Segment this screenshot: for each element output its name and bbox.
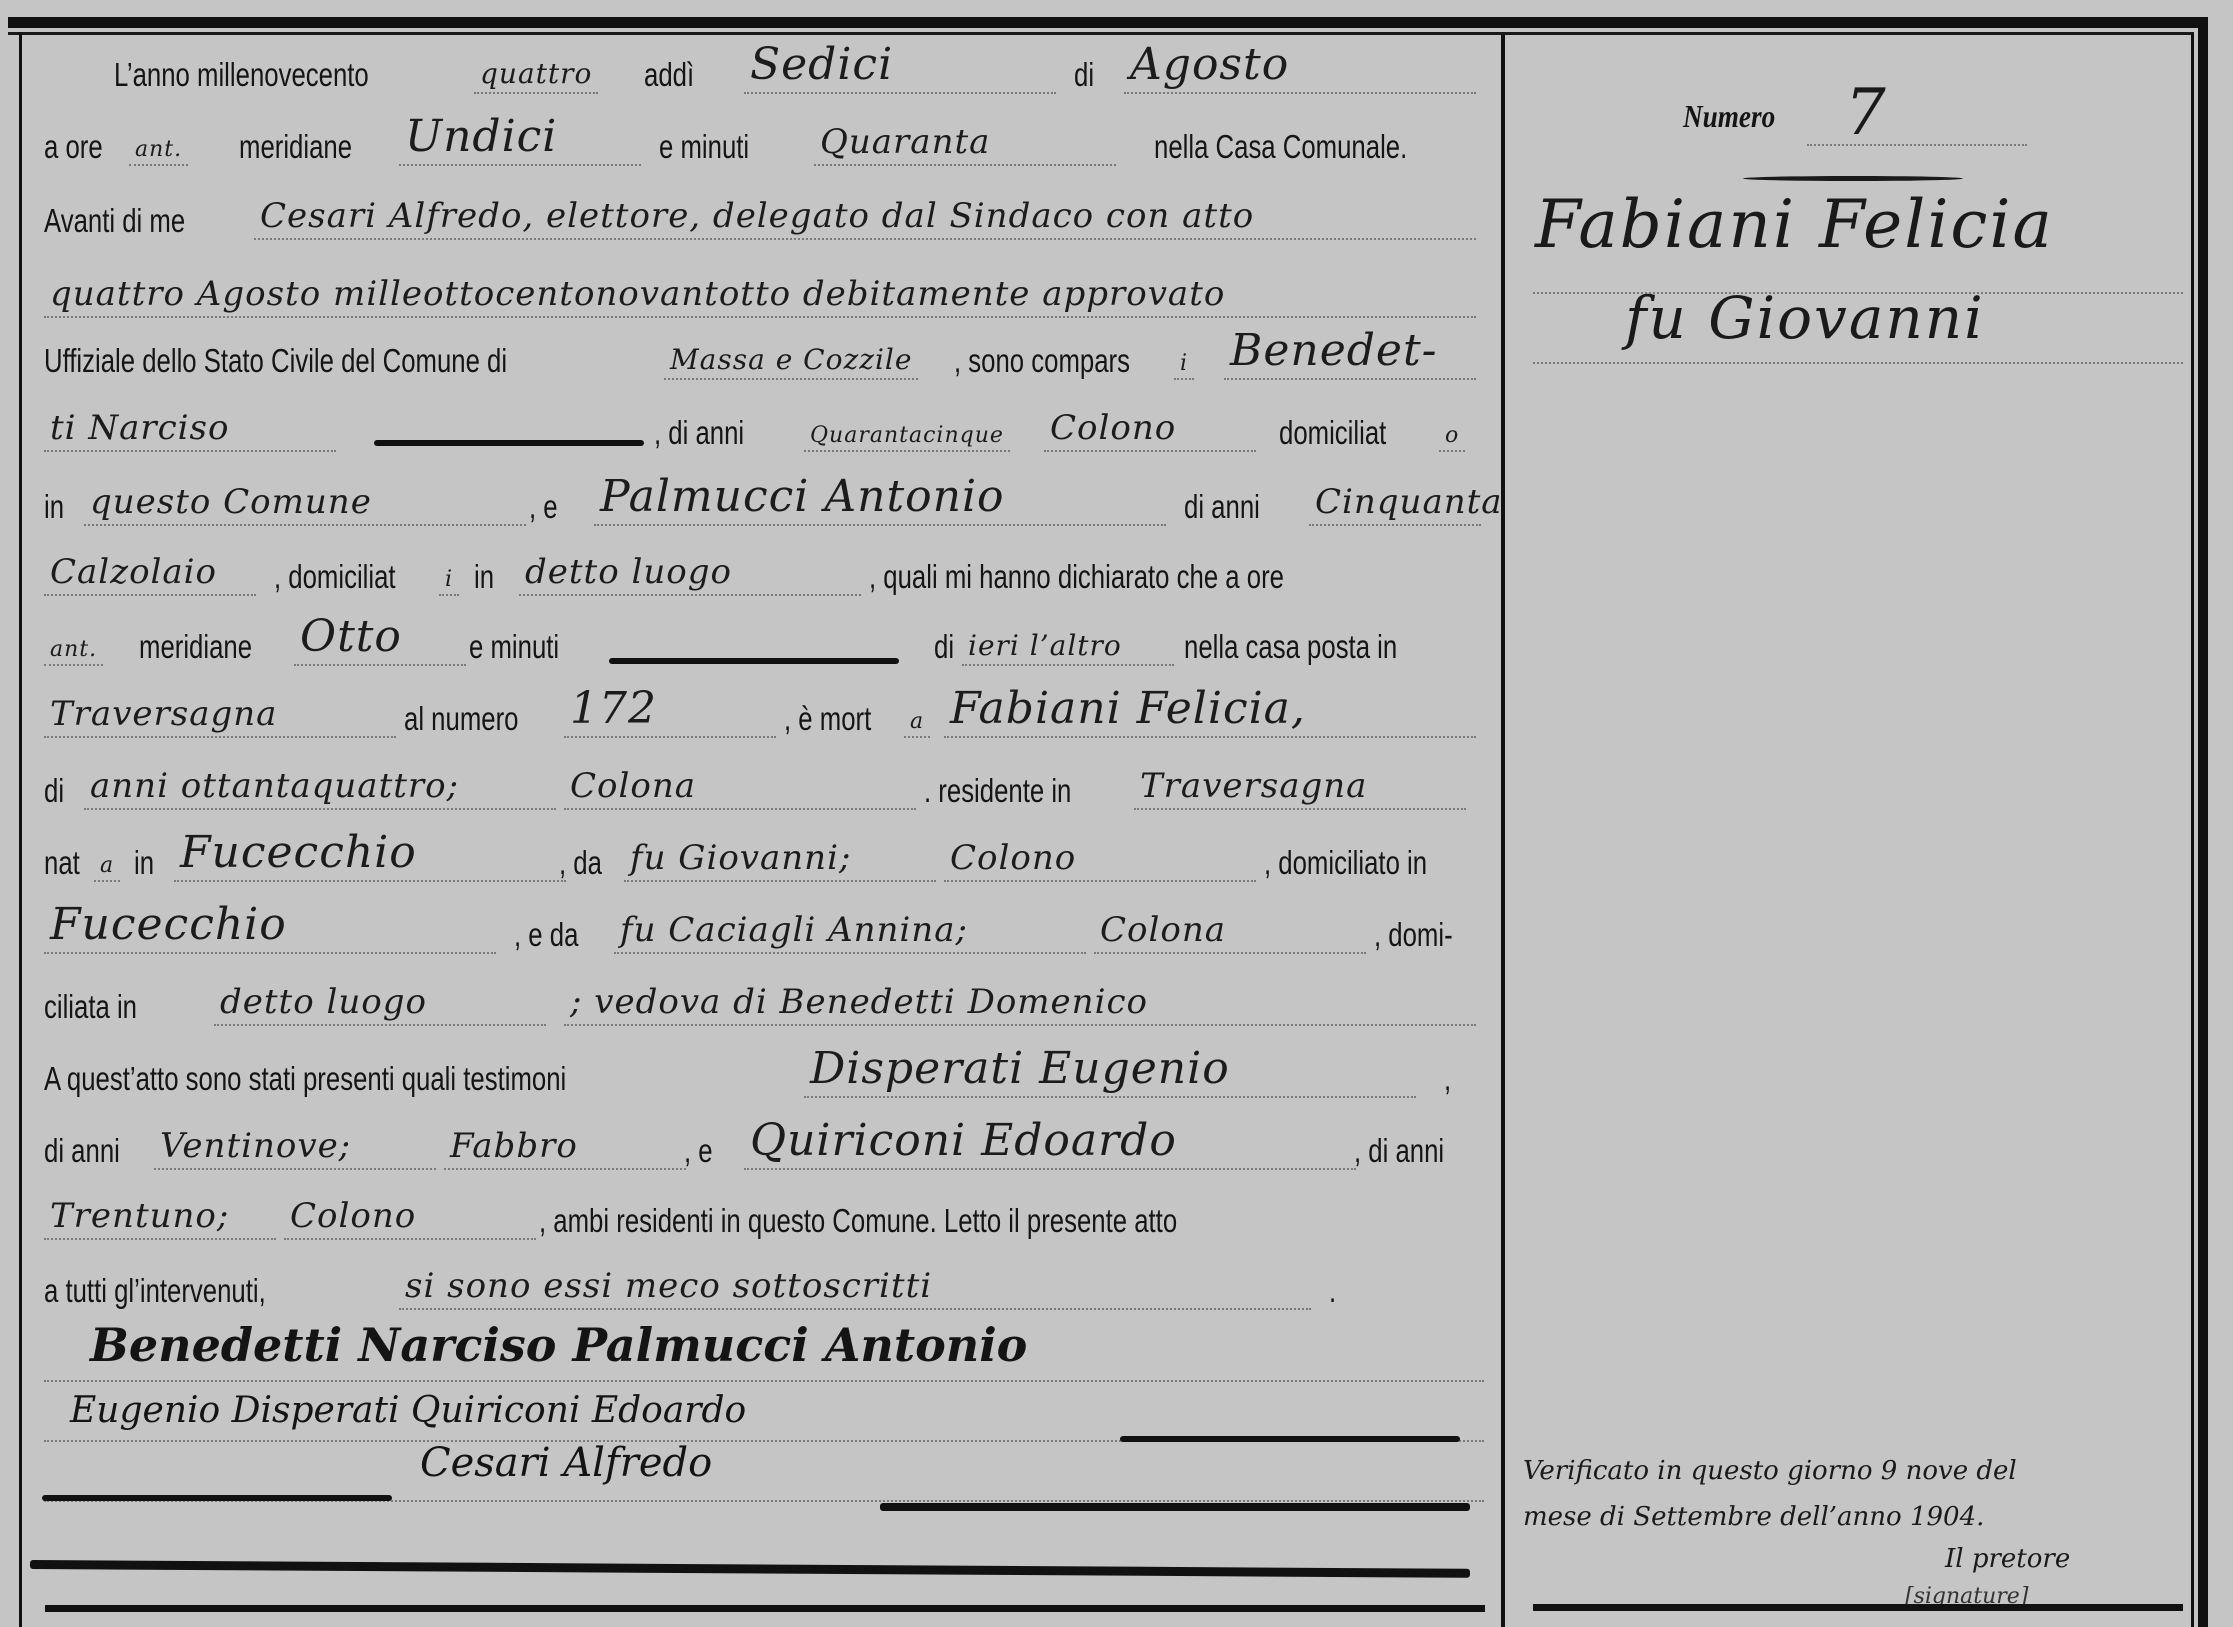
record-line-4: quattro Agosto milleottocentonovantotto …: [44, 264, 1484, 324]
profession-field: Colono: [1044, 408, 1256, 452]
domicile-field: detto luogo: [519, 552, 861, 596]
witness-1-age-field: Ventinove;: [154, 1126, 436, 1170]
printed-text: , e: [529, 488, 558, 526]
father-line: [1533, 362, 2183, 364]
printed-text: al numero: [404, 700, 518, 738]
locality-field: Traversagna: [44, 694, 396, 738]
birthplace-field: Fucecchio: [174, 827, 566, 882]
printed-text: , e: [684, 1132, 713, 1170]
deceased-name-field: Fabiani Felicia,: [944, 683, 1476, 738]
margin-column: Numero 7 Fabiani Felicia fu Giovanni Ver…: [1505, 36, 2193, 1627]
record-line-3: Avanti di me Cesari Alfredo, elettore, d…: [44, 186, 1484, 246]
declarant-1-field: ti Narciso: [44, 408, 336, 452]
printed-text: .: [1329, 1272, 1336, 1310]
record-line-17: Trentuno; Colono , ambi residenti in que…: [44, 1186, 1484, 1246]
printed-text: , domi-: [1374, 916, 1453, 954]
declarant-1-field: Benedet-: [1224, 325, 1476, 380]
top-border-thick: [8, 17, 2208, 28]
printed-text: nella Casa Comunale.: [1154, 128, 1407, 166]
record-line-13: Fucecchio , e da fu Caciagli Annina; Col…: [44, 900, 1484, 960]
verification-line-1: Verificato in questo giorno 9 nove del: [1523, 1456, 2017, 1486]
declarant-2-field: Palmucci Antonio: [594, 471, 1166, 526]
printed-text: meridiane: [139, 628, 252, 666]
printed-text: , ambi residenti in questo Comune. Letto…: [539, 1202, 1177, 1240]
printed-text: di: [1074, 56, 1094, 94]
record-line-8: Calzolaio , domiciliat i in detto luogo …: [44, 542, 1484, 602]
printed-text: . residente in: [924, 772, 1071, 810]
top-border-thin: [8, 32, 2194, 35]
signature-line-1: [44, 1380, 1484, 1382]
numero-value: 7: [1845, 76, 1886, 150]
printed-text: in: [474, 558, 494, 596]
mother-field: fu Caciagli Annina;: [614, 910, 1086, 954]
age-field: anni ottantaquattro;: [84, 766, 556, 810]
delegation-field: quattro Agosto milleottocentonovantotto …: [44, 274, 1476, 318]
record-line-1: L’anno millenovecento quattro addì Sedic…: [44, 40, 1484, 100]
printed-text: , è mort: [784, 700, 871, 738]
witness-1-field: Disperati Eugenio: [804, 1043, 1416, 1098]
closing-rule: [1120, 1436, 1460, 1442]
closing-rule: [42, 1495, 392, 1501]
deceased-father: fu Giovanni: [1625, 284, 1985, 352]
printed-text: domiciliat: [1279, 414, 1386, 452]
numero-line: [1807, 144, 2027, 146]
printed-text: , da: [559, 844, 602, 882]
record-line-18: a tutti gl’intervenuti, si sono essi mec…: [44, 1256, 1484, 1316]
mother-profession-field: Colona: [1094, 910, 1366, 954]
witness-2-field: Quiriconi Edoardo: [744, 1115, 1356, 1170]
gender-suffix: a: [94, 853, 120, 882]
signature-witnesses: Eugenio Disperati Quiriconi Edoardo: [70, 1390, 746, 1431]
father-field: fu Giovanni;: [624, 838, 936, 882]
verification-line-2: mese di Settembre dell’anno 1904.: [1523, 1502, 1984, 1532]
printed-text: a tutti gl’intervenuti,: [44, 1272, 266, 1310]
witness-1-profession-field: Fabbro: [444, 1126, 686, 1170]
printed-text: e minuti: [469, 628, 559, 666]
printed-text: ,: [1444, 1060, 1451, 1098]
printed-text: Uffiziale dello Stato Civile del Comune …: [44, 342, 507, 380]
witness-2-profession-field: Colono: [284, 1196, 536, 1240]
minutes-field: Quaranta: [814, 122, 1116, 166]
blank-minutes-line: [609, 658, 899, 664]
printed-text: addì: [644, 56, 694, 94]
printed-text: , e da: [514, 916, 578, 954]
record-line-9: ant. meridiane Otto e minuti di ieri l’a…: [44, 612, 1484, 672]
comune-field: Massa e Cozzile: [664, 343, 918, 380]
deceased-name: Fabiani Felicia: [1535, 186, 2054, 263]
profession-field: Colona: [564, 766, 916, 810]
closing-rule-long: [30, 1560, 1470, 1578]
gender-suffix: o: [1439, 423, 1465, 452]
gender-suffix: a: [904, 709, 930, 738]
mother-domicile-field: detto luogo: [214, 982, 546, 1026]
record-line-15: A quest’atto sono stati presenti quali t…: [44, 1044, 1484, 1104]
signature-declarants: Benedetti Narciso Palmucci Antonio: [90, 1318, 1027, 1372]
record-line-2: a ore ant. meridiane Undici e minuti Qua…: [44, 112, 1484, 172]
printed-text: meridiane: [239, 128, 352, 166]
printed-text: a ore: [44, 128, 103, 166]
hour-field: Otto: [294, 611, 466, 666]
printed-text: A quest’atto sono stati presenti quali t…: [44, 1060, 566, 1098]
signature-officer: Cesari Alfredo: [420, 1440, 712, 1486]
bottom-rule: [45, 1605, 1485, 1612]
printed-text: e minuti: [659, 128, 749, 166]
record-line-11: di anni ottantaquattro; Colona . residen…: [44, 756, 1484, 816]
printed-text: in: [134, 844, 154, 882]
printed-text: , domiciliat: [274, 558, 396, 596]
year-field: quattro: [474, 57, 598, 94]
record-line-7: in questo Comune , e Palmucci Antonio di…: [44, 472, 1484, 532]
printed-text: nat: [44, 844, 80, 882]
age-field: Quarantacinque: [804, 423, 1010, 452]
father-domicile-field: Fucecchio: [44, 899, 496, 954]
day-field: Sedici: [744, 39, 1056, 94]
flourish-divider: [1743, 176, 1963, 181]
verification-signature-title: Il pretore: [1945, 1544, 2070, 1574]
am-pm-field: ant.: [129, 137, 188, 166]
printed-text: di anni: [1184, 488, 1260, 526]
printed-text: di: [44, 772, 64, 810]
house-number-field: 172: [564, 683, 776, 738]
month-field: Agosto: [1124, 39, 1476, 94]
printed-text: di: [934, 628, 954, 666]
record-line-12: nat a in Fucecchio , da fu Giovanni; Col…: [44, 828, 1484, 888]
printed-text: L’anno millenovecento: [114, 56, 369, 94]
printed-text: , di anni: [654, 414, 744, 452]
record-line-10: Traversagna al numero 172 , è mort a Fab…: [44, 684, 1484, 744]
gender-suffix: i: [439, 567, 459, 596]
printed-text: in: [44, 488, 64, 526]
record-line-16: di anni Ventinove; Fabbro , e Quiriconi …: [44, 1116, 1484, 1176]
printed-text: , di anni: [1354, 1132, 1444, 1170]
domicile-field: questo Comune: [84, 482, 526, 526]
printed-text: di anni: [44, 1132, 120, 1170]
blank-line: [374, 440, 644, 446]
witness-2-age-field: Trentuno;: [44, 1196, 276, 1240]
marital-status-field: ; vedova di Benedetti Domenico: [564, 982, 1476, 1026]
father-profession-field: Colono: [944, 838, 1256, 882]
record-line-6: ti Narciso , di anni Quarantacinque Colo…: [44, 398, 1484, 458]
printed-text: , quali mi hanno dichiarato che a ore: [869, 558, 1284, 596]
record-line-5: Uffiziale dello Stato Civile del Comune …: [44, 326, 1484, 386]
printed-text: ciliata in: [44, 988, 137, 1026]
officer-field: Cesari Alfredo, elettore, delegato dal S…: [254, 196, 1476, 240]
age-field: Cinquanta: [1309, 482, 1481, 526]
record-line-14: ciliata in detto luogo ; vedova di Bened…: [44, 972, 1484, 1032]
printed-text: nella casa posta in: [1184, 628, 1397, 666]
right-bottom-rule: [1533, 1604, 2183, 1611]
closing-rule: [880, 1503, 1470, 1511]
printed-text: Avanti di me: [44, 202, 185, 240]
numero-label: Numero: [1683, 98, 1775, 135]
gender-suffix: i: [1174, 351, 1194, 380]
printed-text: , sono compars: [954, 342, 1130, 380]
residence-field: Traversagna: [1134, 766, 1466, 810]
date-field: ieri l’altro: [962, 629, 1174, 666]
hour-field: Undici: [399, 111, 641, 166]
printed-text: , domiciliato in: [1264, 844, 1427, 882]
closing-clause-field: si sono essi meco sottoscritti: [399, 1266, 1311, 1310]
left-border: [19, 33, 22, 1627]
am-pm-field: ant.: [44, 637, 103, 666]
profession-field: Calzolaio: [44, 552, 256, 596]
right-border-thick: [2198, 20, 2208, 1627]
